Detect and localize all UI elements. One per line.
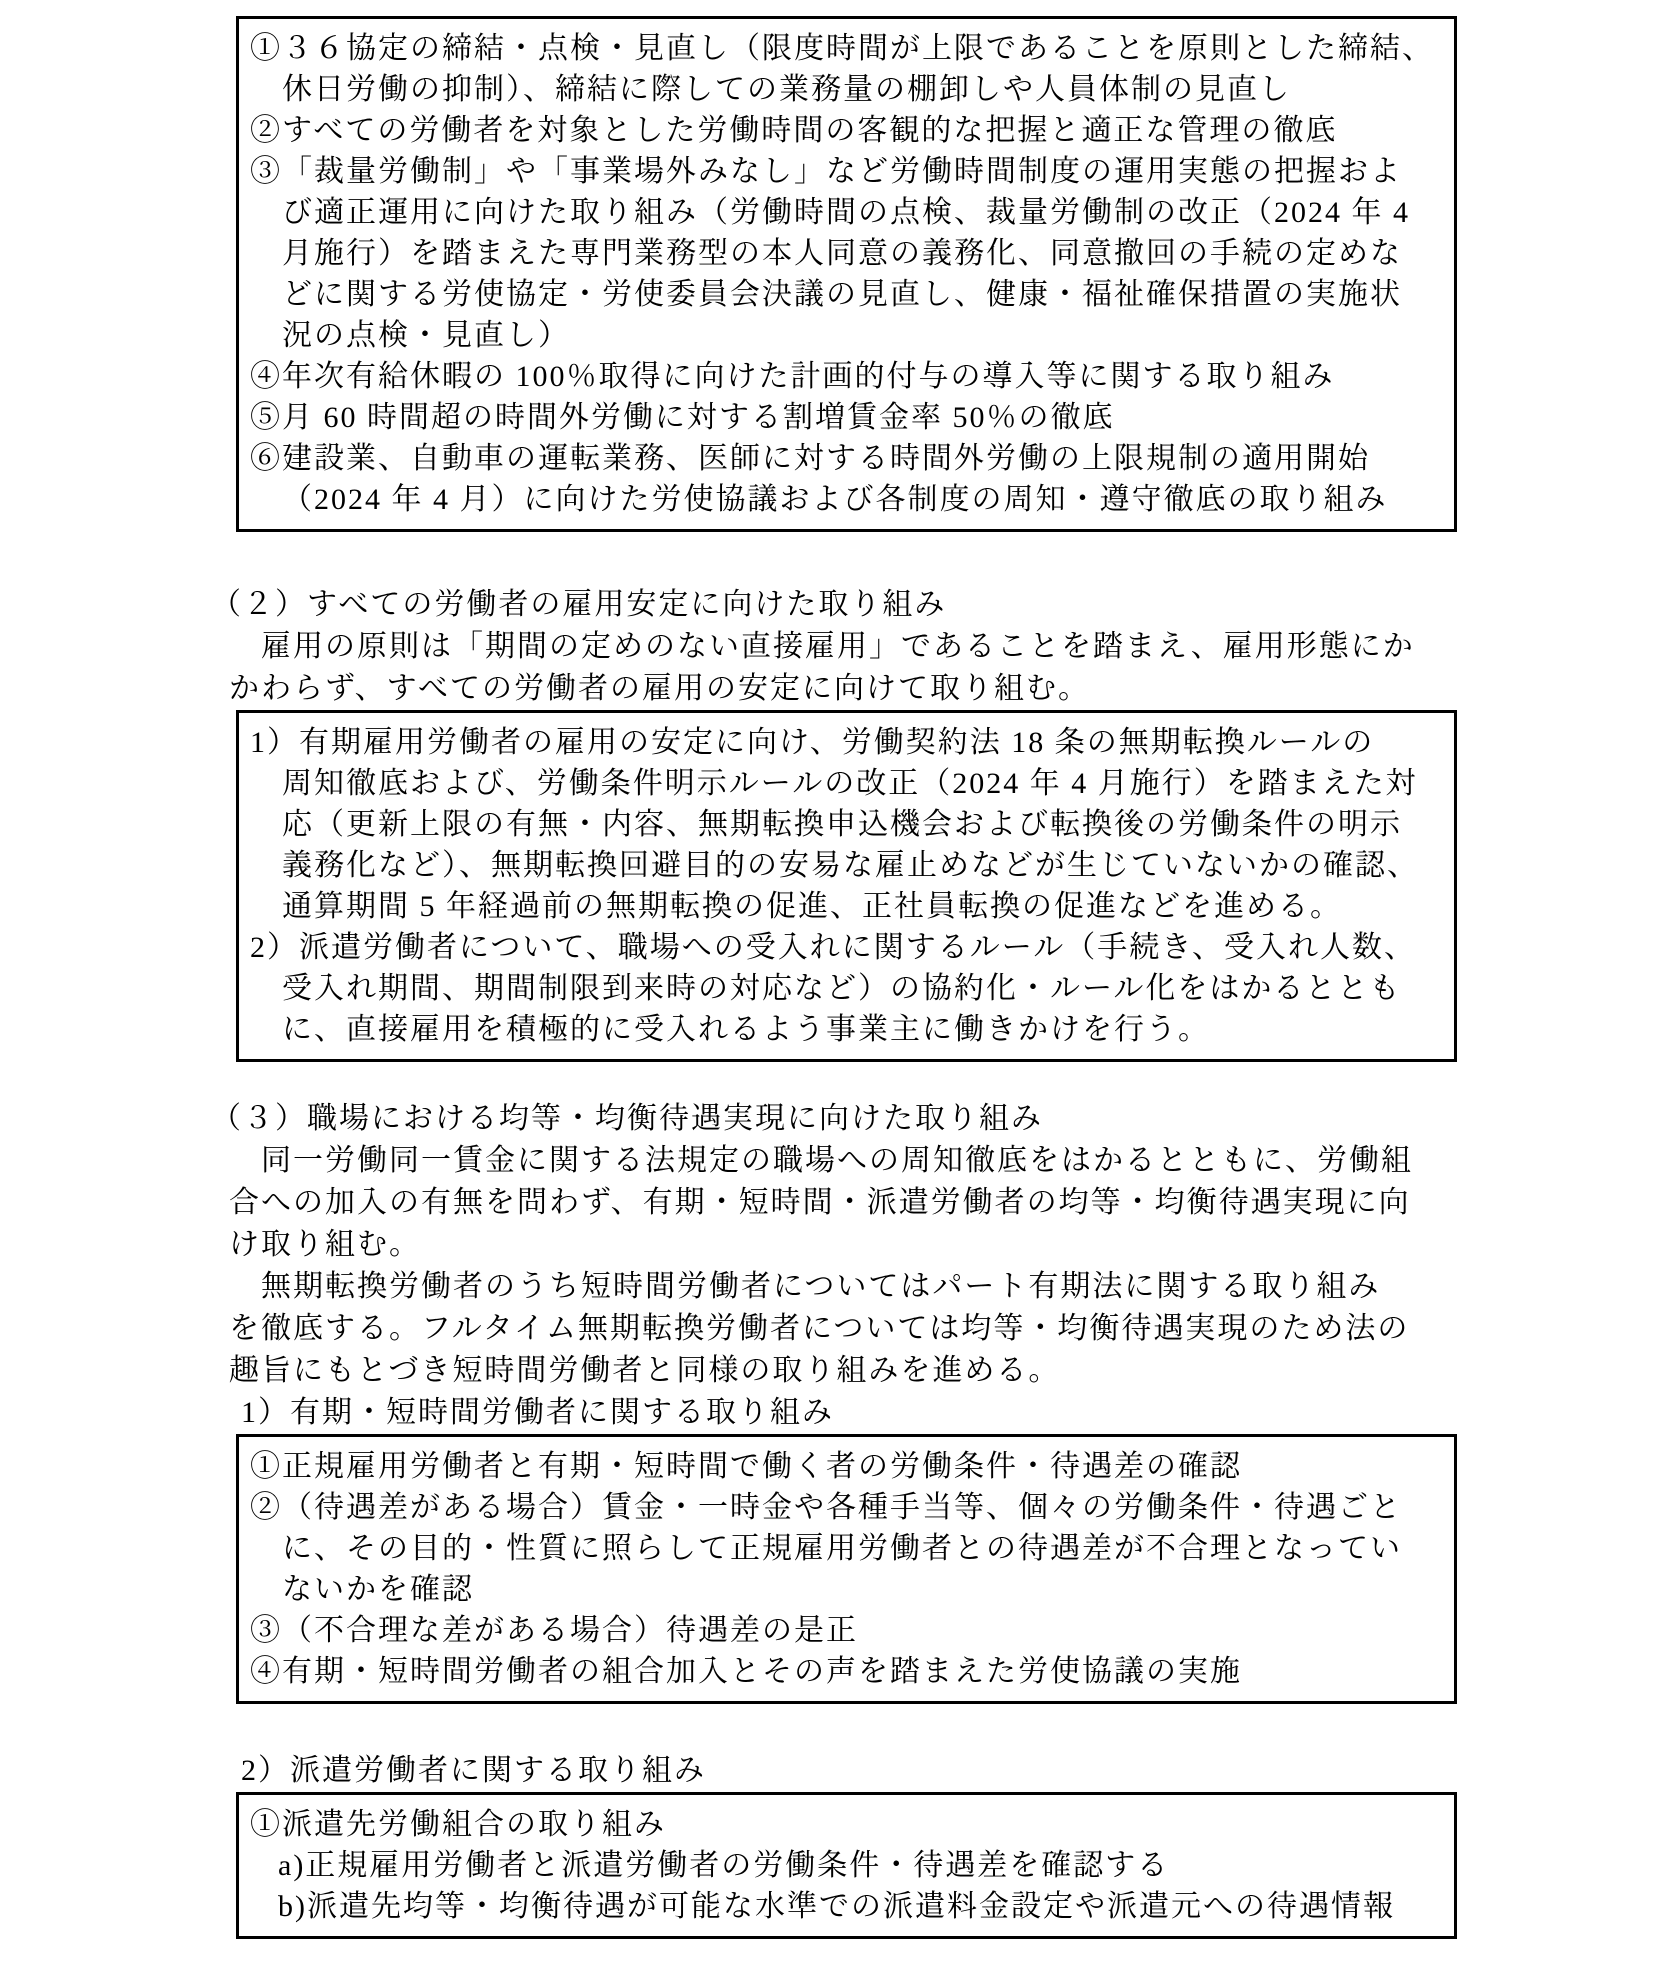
box-text-line: ①正規雇用労働者と有期・短時間で働く者の労働条件・待遇差の確認 xyxy=(250,1446,1446,1487)
dispatch-workers-box: ①派遣先労働組合の取り組み a)正規雇用労働者と派遣労働者の労働条件・待遇差を確… xyxy=(236,1792,1457,1939)
box-text-line: ④有期・短時間労働者の組合加入とその声を踏まえた労使協議の実施 xyxy=(250,1651,1446,1692)
working-time-initiatives-box: ①３６協定の締結・点検・見直し（限度時間が上限であることを原則とした締結、 休日… xyxy=(236,16,1457,532)
paragraph-line: を徹底する。フルタイム無期転換労働者については均等・均衡待遇実現のため法の xyxy=(229,1308,1654,1350)
box-text-line: び適正運用に向けた取り組み（労働時間の点検、裁量労働制の改正（2024 年 4 xyxy=(250,192,1446,233)
box-text-line: 月施行）を踏まえた専門業務型の本人同意の義務化、同意撤回の手続の定めな xyxy=(250,233,1446,274)
paragraph-line: 趣旨にもとづき短時間労働者と同様の取り組みを進める。 xyxy=(229,1350,1654,1392)
box-text-line: に、直接雇用を積極的に受入れるよう事業主に働きかけを行う。 xyxy=(250,1009,1446,1050)
box-text-line: ③（不合理な差がある場合）待遇差の是正 xyxy=(250,1610,1446,1651)
box-text-line: に、その目的・性質に照らして正規雇用労働者との待遇差が不合理となってい xyxy=(250,1528,1446,1569)
box-text-line: 受入れ期間、期間制限到来時の対応など）の協約化・ルール化をはかるととも xyxy=(250,968,1446,1009)
fixed-term-part-time-box: ①正規雇用労働者と有期・短時間で働く者の労働条件・待遇差の確認 ②（待遇差がある… xyxy=(236,1434,1457,1704)
box-text-line: 応（更新上限の有無・内容、無期転換申込機会および転換後の労働条件の明示 xyxy=(250,804,1446,845)
paragraph-line: 合への加入の有無を問わず、有期・短時間・派遣労働者の均等・均衡待遇実現に向 xyxy=(229,1182,1654,1224)
box-text-line: どに関する労使協定・労使委員会決議の見直し、健康・福祉確保措置の実施状 xyxy=(250,274,1446,315)
box-text-line: 周知徹底および、労働条件明示ルールの改正（2024 年 4 月施行）を踏まえた対 xyxy=(250,763,1446,804)
paragraph-line: け取り組む。 xyxy=(229,1224,1654,1266)
box-text-line: ③「裁量労働制」や「事業場外みなし」など労働時間制度の運用実態の把握およ xyxy=(250,151,1446,192)
section-2-heading: （２）すべての労働者の雇用安定に向けた取り組み xyxy=(211,584,1654,626)
subsection-2-heading: 2）派遣労働者に関する取り組み xyxy=(241,1750,1654,1792)
box-text-line: ⑤月 60 時間超の時間外労働に対する割増賃金率 50％の徹底 xyxy=(250,397,1446,438)
box-text-line: ⑥建設業、自動車の運転業務、医師に対する時間外労働の上限規制の適用開始 xyxy=(250,438,1446,479)
box-text-line: b)派遣先均等・均衡待遇が可能な水準での派遣料金設定や派遣元への待遇情報 xyxy=(250,1886,1446,1927)
document-page: ①３６協定の締結・点検・見直し（限度時間が上限であることを原則とした締結、 休日… xyxy=(0,0,1654,1939)
box-text-line: 1）有期雇用労働者の雇用の安定に向け、労働契約法 18 条の無期転換ルールの xyxy=(250,722,1446,763)
employment-stability-box: 1）有期雇用労働者の雇用の安定に向け、労働契約法 18 条の無期転換ルールの 周… xyxy=(236,710,1457,1062)
paragraph-line: 同一労働同一賃金に関する法規定の職場への周知徹底をはかるとともに、労働組 xyxy=(261,1140,1654,1182)
paragraph-line: かわらず、すべての労働者の雇用の安定に向けて取り組む。 xyxy=(229,668,1654,710)
box-text-line: ①派遣先労働組合の取り組み xyxy=(250,1804,1446,1845)
box-text-line: ④年次有給休暇の 100％取得に向けた計画的付与の導入等に関する取り組み xyxy=(250,356,1446,397)
box-text-line: ①３６協定の締結・点検・見直し（限度時間が上限であることを原則とした締結、 xyxy=(250,28,1446,69)
box-text-line: 義務化など）、無期転換回避目的の安易な雇止めなどが生じていないかの確認、 xyxy=(250,845,1446,886)
section-2-paragraph: 雇用の原則は「期間の定めのない直接雇用」であることを踏まえ、雇用形態にか かわら… xyxy=(0,626,1654,710)
section-3-paragraph-2: 無期転換労働者のうち短時間労働者についてはパート有期法に関する取り組み を徹底す… xyxy=(0,1266,1654,1392)
section-3-heading: （３）職場における均等・均衡待遇実現に向けた取り組み xyxy=(211,1098,1654,1140)
section-3-paragraph-1: 同一労働同一賃金に関する法規定の職場への周知徹底をはかるとともに、労働組 合への… xyxy=(0,1140,1654,1266)
box-text-line: （2024 年 4 月）に向けた労使協議および各制度の周知・遵守徹底の取り組み xyxy=(250,479,1446,520)
box-text-line: ないかを確認 xyxy=(250,1569,1446,1610)
box-text-line: 休日労働の抑制）、締結に際しての業務量の棚卸しや人員体制の見直し xyxy=(250,69,1446,110)
box-text-line: 況の点検・見直し） xyxy=(250,315,1446,356)
box-text-line: ②（待遇差がある場合）賃金・一時金や各種手当等、個々の労働条件・待遇ごと xyxy=(250,1487,1446,1528)
box-text-line: a)正規雇用労働者と派遣労働者の労働条件・待遇差を確認する xyxy=(250,1845,1446,1886)
box-text-line: ②すべての労働者を対象とした労働時間の客観的な把握と適正な管理の徹底 xyxy=(250,110,1446,151)
subsection-1-heading: 1）有期・短時間労働者に関する取り組み xyxy=(241,1392,1654,1434)
paragraph-line: 無期転換労働者のうち短時間労働者についてはパート有期法に関する取り組み xyxy=(261,1266,1654,1308)
box-text-line: 2）派遣労働者について、職場への受入れに関するルール（手続き、受入れ人数、 xyxy=(250,927,1446,968)
paragraph-line: 雇用の原則は「期間の定めのない直接雇用」であることを踏まえ、雇用形態にか xyxy=(261,626,1654,668)
box-text-line: 通算期間 5 年経過前の無期転換の促進、正社員転換の促進などを進める。 xyxy=(250,886,1446,927)
